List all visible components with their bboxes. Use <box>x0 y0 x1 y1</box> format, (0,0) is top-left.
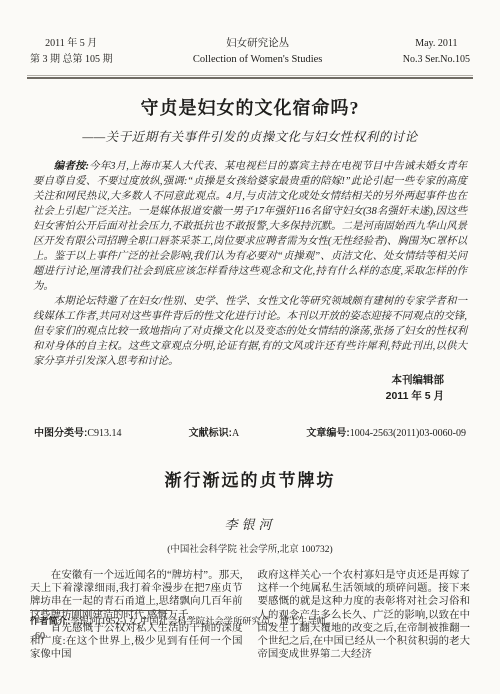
signature-date: 2011 年 5 月 <box>0 388 444 404</box>
author-bio-label: 作者简介: <box>30 616 70 626</box>
editor-note-para2: 本期论坛特邀了在妇女/性别、史学、性学、女性文化等研究领域颇有建树的专家学者和一… <box>33 294 467 369</box>
author-bio: 作者简介:李银河(1952-),女,中国社会科学院社会学所研究员、博士生导师。 <box>30 615 470 628</box>
header-divider <box>27 75 473 79</box>
journal-title-cn: 妇女研究论丛 <box>193 36 322 52</box>
journal-header: 2011 年 5 月 第 3 期 总第 105 期 妇女研究论丛 Collect… <box>0 0 500 75</box>
issue-number-cn: 第 3 期 总第 105 期 <box>30 52 113 68</box>
header-issue-info-en: May. 2011 No.3 Ser.No.105 <box>403 36 470 68</box>
forum-subtitle: ——关于近期有关事件引发的贞操文化与妇女性权利的讨论 <box>0 127 500 145</box>
editor-note-para1: 编者按:今年3月,上海市某人大代表、某电视栏目的嘉宾主持在电视节目中告诫未婚女青… <box>33 159 467 294</box>
article-author: 李银河 <box>0 514 500 533</box>
article-id: 文章编号:1004-2563(2011)03-0060-09 <box>306 424 466 439</box>
clc-value: C913.14 <box>87 428 121 439</box>
signature-department: 本刊编辑部 <box>0 372 444 388</box>
forum-title: 守贞是妇女的文化宿命吗? <box>0 94 500 120</box>
header-issue-info: 2011 年 5 月 第 3 期 总第 105 期 <box>30 36 113 68</box>
journal-page: 2011 年 5 月 第 3 期 总第 105 期 妇女研究论丛 Collect… <box>0 0 500 694</box>
editor-note-label: 编者按: <box>54 161 89 172</box>
author-affiliation: (中国社会科学院 社会学所,北京 100732) <box>0 541 500 555</box>
author-bio-text: 李银河(1952-),女,中国社会科学院社会学所研究员、博士生导师。 <box>70 617 335 627</box>
page-number: 60 <box>30 631 470 642</box>
document-code-value: A <box>232 428 239 439</box>
issue-number-en: No.3 Ser.No.105 <box>403 52 470 68</box>
article-title: 渐行渐远的贞节牌坊 <box>0 466 500 491</box>
document-code: 文献标识:A <box>189 424 240 439</box>
editorial-signature: 本刊编辑部 2011 年 5 月 <box>0 372 500 404</box>
journal-title-en: Collection of Women's Studies <box>193 52 322 68</box>
editor-note: 编者按:今年3月,上海市某人大代表、某电视栏目的嘉宾主持在电视节目中告诫未婚女青… <box>33 159 467 369</box>
editor-note-para1-text: 今年3月,上海市某人大代表、某电视栏目的嘉宾主持在电视节目中告诫未婚女青年要自尊… <box>33 161 467 292</box>
footnote-area: 作者简介:李银河(1952-),女,中国社会科学院社会学所研究员、博士生导师。 … <box>30 610 470 642</box>
article-id-label: 文章编号: <box>306 428 349 439</box>
article-id-value: 1004-2563(2011)03-0060-09 <box>350 428 466 439</box>
clc-number: 中图分类号:C913.14 <box>34 424 122 439</box>
issue-date-cn: 2011 年 5 月 <box>30 36 113 52</box>
article-meta-row: 中图分类号:C913.14 文献标识:A 文章编号:1004-2563(2011… <box>34 424 466 439</box>
footnote-divider <box>30 610 172 611</box>
issue-date-en: May. 2011 <box>403 36 470 52</box>
document-code-label: 文献标识: <box>189 428 232 439</box>
journal-title-block: 妇女研究论丛 Collection of Women's Studies <box>193 36 322 68</box>
clc-label: 中图分类号: <box>34 428 87 439</box>
